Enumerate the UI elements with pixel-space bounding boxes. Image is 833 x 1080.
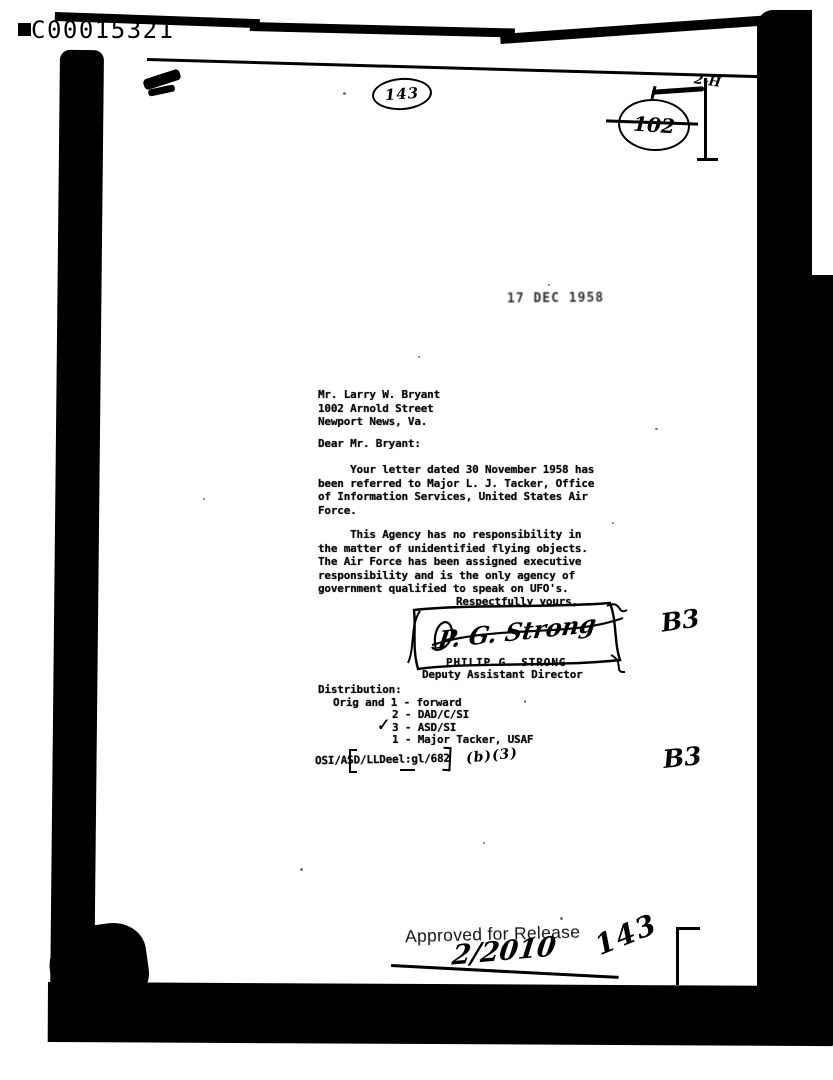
distribution-heading: Distribution: [318, 683, 402, 697]
scan-edge-top-c [500, 15, 768, 44]
salutation: Dear Mr. Bryant: [318, 437, 421, 451]
crossed-note-strike [652, 86, 704, 95]
scan-edge-left-stripe [50, 50, 104, 995]
signer-title: Deputy Assistant Director [422, 668, 583, 682]
margin-note-b3-lower: B3 [662, 741, 703, 774]
document-id: C00015321 [31, 16, 175, 44]
reference-bracket-left [349, 749, 357, 773]
checkmark-icon: ✓ [375, 715, 391, 735]
margin-tick-vertical [704, 78, 707, 160]
scan-edge-bottom [48, 982, 833, 1046]
circled-page-number-text: 143 [384, 84, 419, 104]
bottom-corner-bracket-top [676, 927, 700, 930]
reference-underline [400, 769, 415, 771]
scan-edge-right-white-sliver [812, 0, 833, 275]
scan-edge-top-left-square [18, 23, 31, 36]
scan-edge-top-b [250, 22, 515, 37]
date-stamp: 17 DEC 1958 [507, 291, 604, 307]
distribution-item: 1 - Major Tacker, USAF [392, 733, 533, 747]
top-rule-line [147, 58, 767, 78]
margin-tick-foot [697, 158, 718, 161]
reference-bracket-right [442, 747, 451, 771]
circled-page-number: 143 [371, 76, 433, 112]
margin-note-b3-upper: B3 [659, 603, 701, 637]
bottom-corner-bracket-vertical [676, 927, 679, 985]
exemption-annotation: (b)(3) [465, 745, 518, 766]
distribution-item: 2 - DAD/C/SI [392, 708, 469, 722]
reference-line: OSI/ASD/LLDeel:gl/682 [315, 752, 450, 768]
page-number-bottom: 143 [590, 907, 662, 962]
letter-paragraph-2: This Agency has no responsibility in the… [318, 528, 588, 596]
letter-paragraph-1: Your letter dated 30 November 1958 has b… [318, 463, 594, 517]
crossed-number-text: 102 [632, 112, 675, 139]
recipient-address: Mr. Larry W. Bryant 1002 Arnold Street N… [318, 388, 440, 429]
